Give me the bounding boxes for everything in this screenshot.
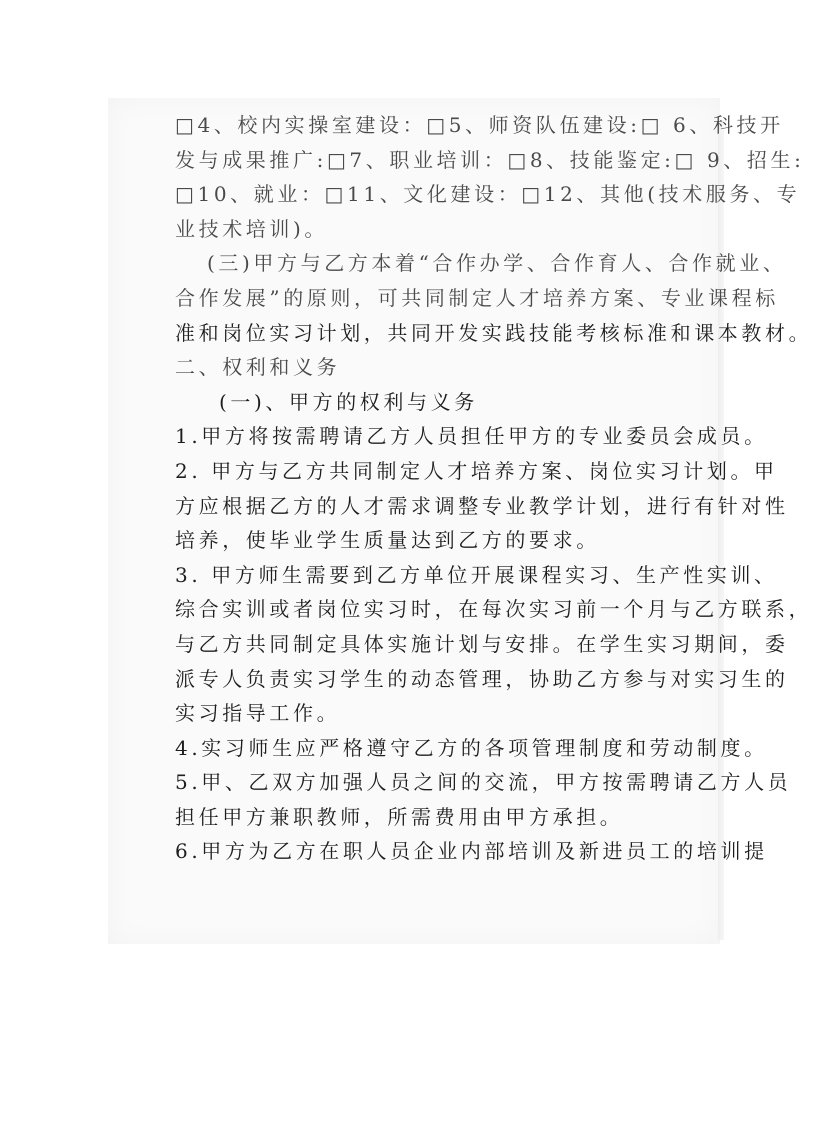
list-item: 6.甲方为乙方在职人员企业内部培训及新进员工的培训提: [175, 834, 695, 869]
text-line: 派专人负责实习学生的动态管理，协助乙方参与对实习生的: [175, 662, 695, 697]
document-body: □4、校内实操室建设：□5、师资队伍建设:□ 6、科技开 发与成果推广:□7、职…: [175, 108, 695, 869]
text-line: 实习指导工作。: [175, 696, 695, 731]
text-line: 合作发展”的原则，可共同制定人才培养方案、专业课程标: [175, 281, 695, 316]
list-item: 4.实习师生应严格遵守乙方的各项管理制度和劳动制度。: [175, 731, 695, 766]
text-line: 准和岗位实习计划，共同开发实践技能考核标准和课本教材。: [175, 316, 695, 351]
list-item: 2. 甲方与乙方共同制定人才培养方案、岗位实习计划。甲: [175, 454, 695, 489]
text-line: 发与成果推广:□7、职业培训：□8、技能鉴定:□ 9、招生:: [175, 143, 695, 178]
text-line: 培养，使毕业学生质量达到乙方的要求。: [175, 523, 695, 558]
list-item: 3. 甲方师生需要到乙方单位开展课程实习、生产性实训、: [175, 558, 695, 593]
list-item: 1.甲方将按需聘请乙方人员担任甲方的专业委员会成员。: [175, 419, 695, 454]
text-line: 与乙方共同制定具体实施计划与安排。在学生实习期间，委: [175, 627, 695, 662]
scan-edge: [718, 120, 724, 940]
text-line: 方应根据乙方的人才需求调整专业教学计划，进行有针对性: [175, 489, 695, 524]
list-item: 5.甲、乙双方加强人员之间的交流，甲方按需聘请乙方人员: [175, 765, 695, 800]
text-line: 担任甲方兼职教师，所需费用由甲方承担。: [175, 800, 695, 835]
section-paragraph: (三)甲方与乙方本着“合作办学、合作育人、合作就业、: [175, 246, 695, 281]
text-line: □4、校内实操室建设：□5、师资队伍建设:□ 6、科技开: [175, 108, 695, 143]
text-line: 业技术培训)。: [175, 212, 695, 247]
section-heading: 二、权利和义务: [175, 350, 695, 385]
text-line: □10、就业：□11、文化建设：□12、其他(技术服务、专: [175, 177, 695, 212]
subsection-heading: (一)、甲方的权利与义务: [175, 385, 695, 420]
text-line: 综合实训或者岗位实习时，在每次实习前一个月与乙方联系，: [175, 592, 695, 627]
